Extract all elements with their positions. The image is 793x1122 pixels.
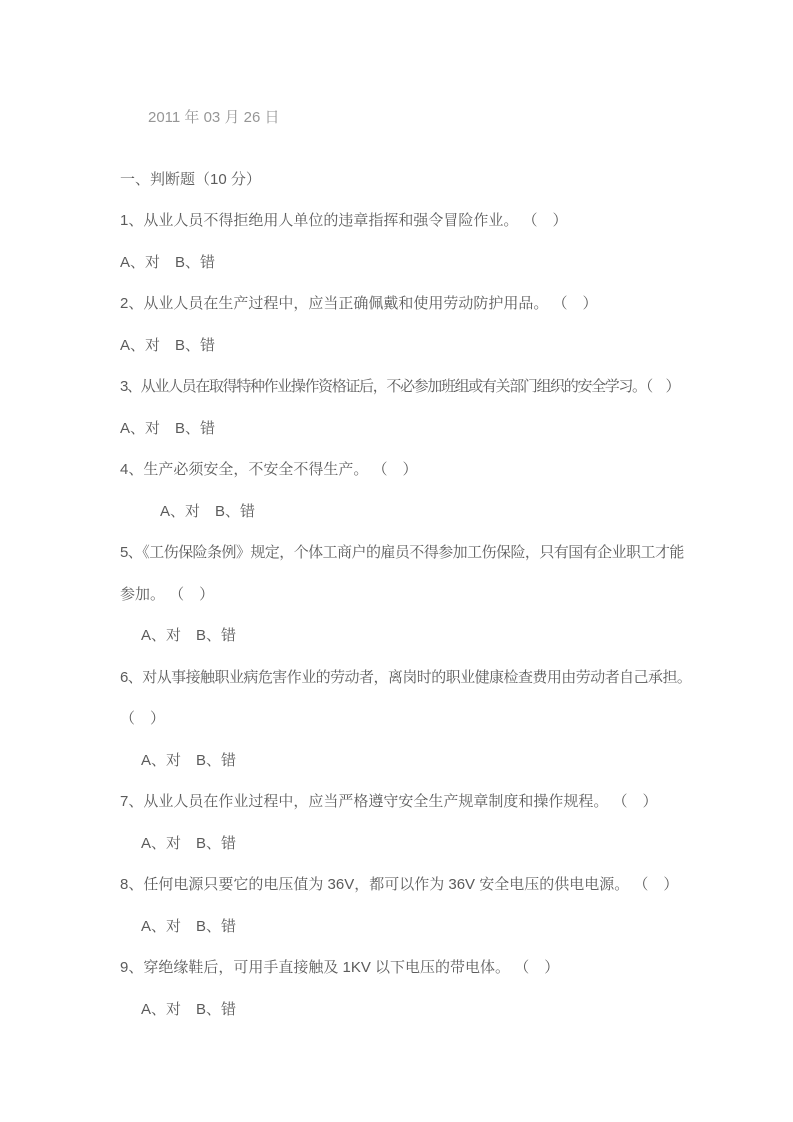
answer-options: A、对 B、错 <box>120 615 693 657</box>
question-6: 6、对从事接触职业病危害作业的劳动者，离岗时的职业健康检查费用由劳动者自己承担。… <box>120 657 693 782</box>
answer-options: A、对 B、错 <box>120 823 693 865</box>
answer-options: A、对 B、错 <box>120 906 693 948</box>
document-page: 2011 年 03 月 26 日 一、判断题（10 分） 1、从业人员不得拒绝用… <box>0 0 793 1122</box>
question-text: 2、从业人员在生产过程中，应当正确佩戴和使用劳动防护用品。 （ ） <box>120 283 693 325</box>
answer-options: A、对 B、错 <box>120 242 693 284</box>
exam-date: 2011 年 03 月 26 日 <box>120 97 693 139</box>
question-text: 3、从业人员在取得特种作业操作资格证后，不必参加班组或有关部门组织的安全学习。（… <box>120 366 693 408</box>
question-4: 4、生产必须安全，不安全不得生产。 （ ） A、对 B、错 <box>120 449 693 532</box>
question-7: 7、从业人员在作业过程中，应当严格遵守安全生产规章制度和操作规程。 （ ） A、… <box>120 781 693 864</box>
question-text: 9、穿绝缘鞋后，可用手直接触及 1KV 以下电压的带电体。 （ ） <box>120 947 693 989</box>
question-text-continued: （ ） <box>120 698 693 740</box>
question-text: 7、从业人员在作业过程中，应当严格遵守安全生产规章制度和操作规程。 （ ） <box>120 781 693 823</box>
answer-options: A、对 B、错 <box>120 408 693 450</box>
exam-document: 2011 年 03 月 26 日 一、判断题（10 分） 1、从业人员不得拒绝用… <box>0 0 793 1030</box>
question-1: 1、从业人员不得拒绝用人单位的违章指挥和强令冒险作业。 （ ） A、对 B、错 <box>120 200 693 283</box>
answer-options: A、对 B、错 <box>120 740 693 782</box>
question-3: 3、从业人员在取得特种作业操作资格证后，不必参加班组或有关部门组织的安全学习。（… <box>120 366 693 449</box>
answer-options: A、对 B、错 <box>120 491 693 533</box>
question-8: 8、任何电源只要它的电压值为 36V，都可以作为 36V 安全电压的供电电源。 … <box>120 864 693 947</box>
question-text: 4、生产必须安全，不安全不得生产。 （ ） <box>120 449 693 491</box>
question-9: 9、穿绝缘鞋后，可用手直接触及 1KV 以下电压的带电体。 （ ） A、对 B、… <box>120 947 693 1030</box>
question-text: 1、从业人员不得拒绝用人单位的违章指挥和强令冒险作业。 （ ） <box>120 200 693 242</box>
question-text: 5、《工伤保险条例》规定，个体工商户的雇员不得参加工伤保险，只有国有企业职工才能 <box>120 532 693 574</box>
question-text: 8、任何电源只要它的电压值为 36V，都可以作为 36V 安全电压的供电电源。 … <box>120 864 693 906</box>
answer-options: A、对 B、错 <box>120 325 693 367</box>
question-5: 5、《工伤保险条例》规定，个体工商户的雇员不得参加工伤保险，只有国有企业职工才能… <box>120 532 693 657</box>
answer-options: A、对 B、错 <box>120 989 693 1031</box>
question-text: 6、对从事接触职业病危害作业的劳动者，离岗时的职业健康检查费用由劳动者自己承担。 <box>120 657 693 699</box>
question-text-continued: 参加。 （ ） <box>120 574 693 616</box>
section-heading: 一、判断题（10 分） <box>120 159 693 201</box>
question-2: 2、从业人员在生产过程中，应当正确佩戴和使用劳动防护用品。 （ ） A、对 B、… <box>120 283 693 366</box>
